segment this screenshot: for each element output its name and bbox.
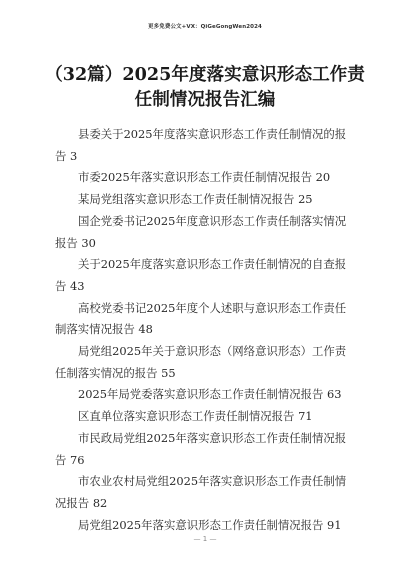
toc-entry-title: 市委2025年落实意识形态工作责任制情况报告 xyxy=(78,170,312,184)
toc-entry-page: 48 xyxy=(138,322,153,336)
document-page: 更多免费公文+VX：QiGeGongWen2024 （32篇）2025年度落实意… xyxy=(0,0,410,580)
toc-entry-page: 71 xyxy=(298,409,313,423)
toc-entry-page: 30 xyxy=(81,236,96,250)
toc-entry[interactable]: 县委关于2025年度落实意识形态工作责任制情况的报告 3 xyxy=(55,124,357,167)
toc-entry[interactable]: 局党组2025年落实意识形态工作责任制情况报告 91 xyxy=(55,515,357,537)
toc-entry-title: 区直单位落实意识形态工作责任制情况报告 xyxy=(78,409,294,423)
toc-entry-page: 25 xyxy=(298,192,313,206)
title-line-1: （32篇）2025年度落实意识形态工作责 xyxy=(38,62,372,87)
title-line-2: 任制情况报告汇编 xyxy=(38,87,372,112)
toc-entry[interactable]: 区直单位落实意识形态工作责任制情况报告 71 xyxy=(55,406,357,428)
toc-entry-title: 关于2025年度落实意识形态工作责任制情况的自查报告 xyxy=(55,257,346,293)
toc-entry[interactable]: 高校党委书记2025年度个人述职与意识形态工作责任制落实情况报告 48 xyxy=(55,298,357,341)
header-note: 更多免费公文+VX：QiGeGongWen2024 xyxy=(0,22,410,30)
toc-entry[interactable]: 关于2025年度落实意识形态工作责任制情况的自查报告 43 xyxy=(55,254,357,297)
table-of-contents: 县委关于2025年度落实意识形态工作责任制情况的报告 3 市委2025年落实意识… xyxy=(55,124,357,536)
toc-entry[interactable]: 市委2025年落实意识形态工作责任制情况报告 20 xyxy=(55,167,357,189)
toc-entry-page: 43 xyxy=(70,279,85,293)
toc-entry-title: 国企党委书记2025年度意识形态工作责任制落实情况报告 xyxy=(55,214,346,250)
toc-entry-page: 3 xyxy=(70,149,77,163)
toc-entry-title: 2025年局党委落实意识形态工作责任制情况报告 xyxy=(78,387,323,401)
toc-entry-title: 县委关于2025年度落实意识形态工作责任制情况的报告 xyxy=(55,127,346,163)
toc-entry-page: 82 xyxy=(93,496,108,510)
toc-entry-title: 局党组2025年关于意识形态（网络意识形态）工作责任制落实情况的报告 xyxy=(55,344,346,380)
toc-entry-title: 某局党组落实意识形态工作责任制情况报告 xyxy=(78,192,294,206)
toc-entry[interactable]: 2025年局党委落实意识形态工作责任制情况报告 63 xyxy=(55,384,357,406)
toc-entry-page: 91 xyxy=(327,518,342,532)
toc-entry[interactable]: 国企党委书记2025年度意识形态工作责任制落实情况报告 30 xyxy=(55,211,357,254)
toc-entry-title: 市民政局党组2025年落实意识形态工作责任制情况报告 xyxy=(55,431,346,467)
toc-entry-page: 55 xyxy=(161,366,176,380)
toc-entry[interactable]: 某局党组落实意识形态工作责任制情况报告 25 xyxy=(55,189,357,211)
toc-entry-title: 局党组2025年落实意识形态工作责任制情况报告 xyxy=(78,518,323,532)
toc-entry-page: 63 xyxy=(327,387,342,401)
page-number: — 1 — xyxy=(0,535,410,543)
toc-entry[interactable]: 局党组2025年关于意识形态（网络意识形态）工作责任制落实情况的报告 55 xyxy=(55,341,357,384)
toc-entry[interactable]: 市农业农村局党组2025年落实意识形态工作责任制情况报告 82 xyxy=(55,471,357,514)
toc-entry-page: 20 xyxy=(316,170,331,184)
toc-entry-title: 高校党委书记2025年度个人述职与意识形态工作责任制落实情况报告 xyxy=(55,301,346,337)
document-title: （32篇）2025年度落实意识形态工作责 任制情况报告汇编 xyxy=(38,62,372,112)
toc-entry-page: 76 xyxy=(70,453,85,467)
toc-entry[interactable]: 市民政局党组2025年落实意识形态工作责任制情况报告 76 xyxy=(55,428,357,471)
